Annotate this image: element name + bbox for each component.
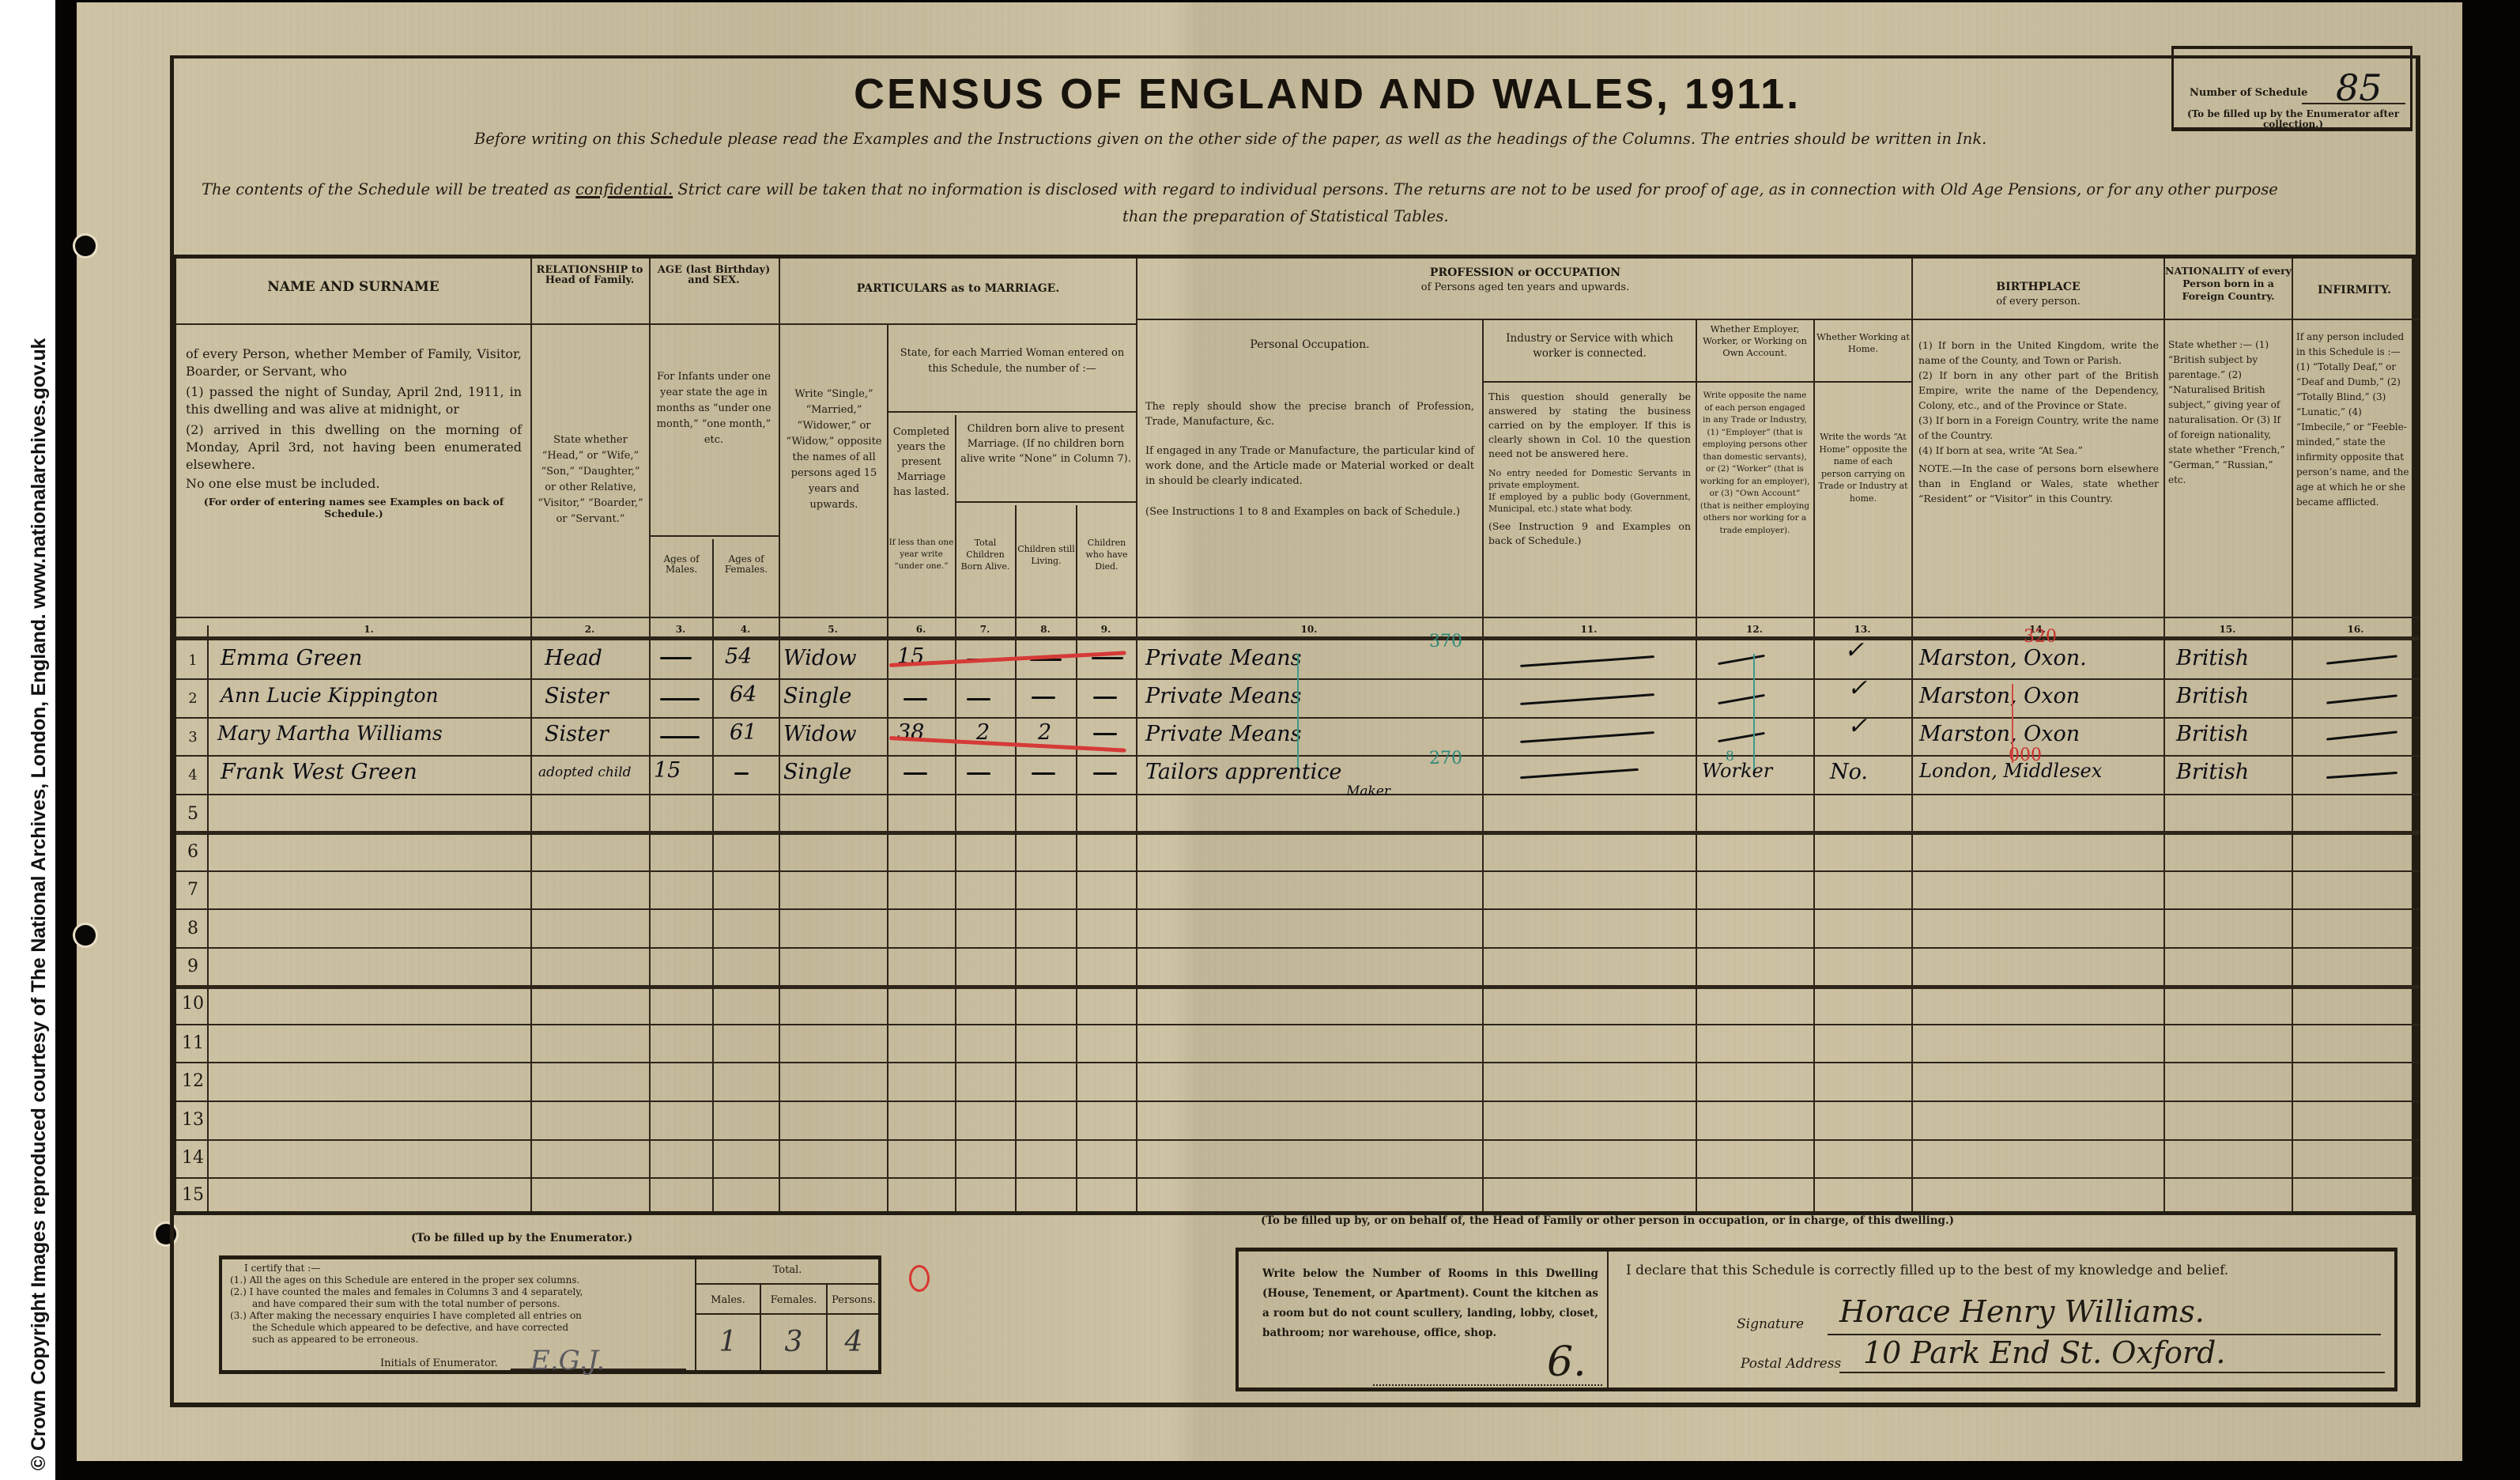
header-marriage-state: State, for each Married Woman entered on… [892,345,1133,377]
row-number: 6 [176,842,209,862]
header-children-living: Children still Living. [1017,543,1076,567]
header-birthplace-body: (1) If born in the United Kingdom, write… [1918,338,2159,506]
rooms-line [1373,1384,1602,1386]
header-relationship: RELATIONSHIP to Head of Family. [532,265,647,285]
industry-body-4: (See Instruction 9 and Examples on back … [1488,519,1691,548]
header-age-body: For Infants under one year state the age… [651,369,777,448]
colnum-2: 2. [530,624,649,635]
col-line [2292,259,2293,1211]
entry-employer: Worker [1702,760,1772,782]
row-number: 4 [176,767,209,783]
entry-occupation-code: 370 [1429,632,1462,651]
header-birthplace: BIRTHPLACE [1913,282,2164,293]
entry-marital: Single [783,684,851,708]
entry-dash [967,772,990,775]
entry-dash [660,698,700,700]
entry-occupation: Private Means [1145,646,1301,670]
entry-nationality: British [2176,684,2249,708]
green-annotation-line [1297,654,1299,772]
entry-at-home-tick: ✓ [1847,712,1867,740]
entry-dash [1093,772,1117,775]
row-number: 8 [176,919,209,938]
punch-hole [75,925,96,946]
entry-birthplace-code: 320 [2024,627,2057,647]
col-line [530,259,532,1211]
entry-at-home-tick: ✓ [1844,636,1864,664]
row-divider [176,870,2420,872]
entry-infirmity-dash [2326,772,2397,779]
header-name: NAME AND SURNAME [176,281,530,294]
colnum-1: 1. [207,624,530,635]
green-annotation-line [1753,654,1755,772]
intro-instructions: Before writing on this Schedule please r… [474,130,1986,148]
entry-dash [660,657,692,659]
schedule-number-value: 85 [2336,66,2382,109]
birthplace-rule-2: (2) If born in any other part of the Bri… [1918,368,2159,413]
colnum-7: 7. [955,624,1015,635]
row-number: 1 [176,652,209,669]
totals-header: Total. [696,1264,878,1276]
row-number: 3 [176,729,209,746]
totals-females: 3 [761,1326,826,1358]
entry-birthplace: Marston, Oxon [1919,684,2080,708]
intro-statistical: than the preparation of Statistical Tabl… [1122,207,1449,225]
confidential-text-a: The contents of the Schedule will be tre… [202,180,575,198]
row-number: 13 [176,1110,209,1130]
entry-birthplace: Marston, Oxon [1919,722,2080,746]
row-number: 2 [176,690,209,707]
header-age-females: Ages of Females. [714,554,779,575]
col-line [2164,259,2165,1211]
rooms-instructions: Write below the Number of Rooms in this … [1262,1264,1598,1343]
rooms-section: Write below the Number of Rooms in this … [1239,1252,1609,1387]
row-divider [176,1177,2420,1179]
col-line [1015,505,1017,1211]
birthplace-rule-4: (4) If born at sea, write “At Sea.” [1918,443,2159,458]
header-name-body: of every Person, whether Member of Famil… [186,345,522,519]
red-strike-mark [889,651,1126,667]
header-personal-body: The reply should show the precise branch… [1145,399,1474,519]
entry-age-male: 15 [654,758,681,783]
totals-males-label: Males. [696,1294,760,1306]
col-line [1136,259,1137,1211]
entry-dash [1032,697,1055,699]
header-industry-body: This question should generally be answer… [1488,390,1691,548]
header-at-home-body: Write the words “At Home” opposite the n… [1817,431,1909,504]
header-marriage-write: Write “Single,” “Married,” “Widower,” or… [783,387,885,513]
name-body-2: (2) arrived in this dwelling on the morn… [186,421,522,474]
row-number: 15 [176,1185,209,1205]
header-infirmity: INFIRMITY. [2293,285,2416,296]
totals-persons: 4 [828,1326,880,1358]
entry-name: Emma Green [221,646,362,670]
entry-employer-dash [1718,732,1765,742]
head-declaration-box: Write below the Number of Rooms in this … [1235,1248,2397,1391]
confidential-word: confidential. [575,180,673,198]
entry-birthplace: Marston, Oxon. [1919,646,2087,670]
entry-nationality: British [2176,760,2249,784]
entry-nationality: British [2176,646,2249,670]
row-divider [176,1139,2420,1141]
header-personal-occupation: Personal Occupation. [1137,340,1482,350]
header-marriage-completed: Completed years the present Marriage has… [888,425,955,500]
row-number: 12 [176,1071,209,1091]
entry-dash [734,772,749,775]
row-divider [176,831,2420,835]
entry-name: Frank West Green [221,760,417,784]
entry-children-living: 2 [1038,720,1051,745]
totals-females-label: Females. [761,1294,826,1306]
entry-marital: Single [783,760,851,784]
row-divider [176,985,2420,989]
entry-age-female: 61 [730,720,756,745]
enumerator-certificate-box: I certify that :— (1.) All the ages on t… [219,1255,881,1374]
entry-relationship: Sister [545,684,609,708]
colnum-11: 11. [1482,624,1696,635]
intro-confidential: The contents of the Schedule will be tre… [202,180,2278,198]
colnum-16: 16. [2292,624,2420,635]
entry-at-home-tick: ✓ [1847,674,1867,702]
enumerator-section-label: (To be filled up by the Enumerator.) [411,1232,632,1244]
signature-value: Horace Henry Williams. [1839,1294,2205,1329]
colnum-15: 15. [2164,624,2292,635]
punch-hole [75,236,96,256]
row-number: 11 [176,1033,209,1053]
declaration-text: I declare that this Schedule is correctl… [1626,1263,2228,1278]
totals-males: 1 [696,1326,760,1358]
entry-dash [904,772,927,775]
birthplace-rule-3: (3) If born in a Foreign Country, write … [1918,413,2159,443]
header-relationship-body: State whether “Head,” or “Wife,” “Son,” … [535,432,646,527]
schedule-number-label: Number of Schedule [2190,87,2307,99]
col-line [1482,319,1484,1211]
entry-infirmity-dash [2326,655,2397,664]
entry-name: Mary Martha Williams [217,722,443,745]
entry-dash [1032,772,1055,775]
header-divider [887,411,1136,413]
initials-value: E.G.J. [530,1345,605,1376]
row-number: 5 [176,804,209,824]
confidential-text-b: Strict care will be taken that no inform… [673,180,2278,198]
entry-industry-dash [1520,655,1654,667]
entry-occupation: Private Means [1145,722,1301,746]
red-strike-mark [889,736,1126,753]
col-line [1813,319,1815,1211]
entry-marital: Widow [783,722,857,746]
entry-dash [1093,697,1117,699]
entry-relationship: Head [545,646,602,670]
totals-persons-label: Persons. [828,1294,880,1306]
entry-employer-code: 8 [1726,749,1734,765]
industry-body-2: No entry needed for Domestic Servants in… [1488,467,1691,491]
head-section-label: (To be filled up by, or on behalf of, th… [1261,1214,1954,1227]
form-title: CENSUS OF ENGLAND AND WALES, 1911. [854,70,1801,119]
name-body-4: (For order of entering names see Example… [186,496,522,519]
household-table: NAME AND SURNAME of every Person, whethe… [172,255,2416,1215]
row-divider [176,794,2420,795]
entry-employer-dash [1718,694,1765,704]
row-divider [176,1062,2420,1063]
name-body-intro: of every Person, whether Member of Famil… [186,345,522,380]
header-children-total: Total Children Born Alive. [956,537,1015,572]
address-label: Postal Address [1741,1356,1841,1372]
header-age-males: Ages of Males. [651,554,712,575]
row-number: 9 [176,957,209,976]
row-divider [176,947,2420,949]
copyright-text: © Crown Copyright Images reproduced cour… [28,338,51,1471]
row-number: 7 [176,880,209,900]
entry-occupation-note: Maker [1346,783,1390,799]
entry-at-home: No. [1830,760,1868,784]
header-occupation: PROFESSION or OCCUPATION [1137,268,1913,278]
header-age: AGE (last Birthday) and SEX. [651,265,777,285]
entry-occupation: Tailors apprentice [1145,760,1341,784]
header-marriage-children: Children born alive to present Marriage.… [957,421,1134,466]
name-body-3: No one else must be included. [186,475,522,493]
birthplace-note: NOTE.—In the case of persons born elsewh… [1918,461,2159,506]
entry-birthplace-code: 000 [2009,746,2042,765]
red-circle-mark [909,1265,930,1292]
entry-dash [1093,733,1117,735]
col-line [1076,505,1077,1211]
cert-2b: and have compared their sum with the tot… [230,1298,692,1310]
entry-dash [904,698,927,700]
header-nationality-body: State whether :— (1) “British subject by… [2168,338,2288,488]
entry-dash [660,736,700,738]
colnum-5: 5. [779,624,887,635]
name-body-1: (1) passed the night of Sunday, April 2n… [186,383,522,418]
header-nationality: NATIONALITY of every Person born in a Fo… [2165,265,2292,303]
row-divider [176,1101,2420,1102]
entry-marital: Widow [783,646,857,670]
header-divider [176,323,1136,325]
header-divider [1136,319,2420,320]
header-infirmity-body: If any person included in this Schedule … [2296,330,2413,510]
enumerator-certification: I certify that :— (1.) All the ages on t… [230,1263,692,1346]
cert-1: (1.) All the ages on this Schedule are e… [230,1274,692,1286]
entry-infirmity-dash [2326,694,2397,704]
entry-employer-dash [1718,655,1765,665]
entry-industry-dash [1520,768,1639,779]
colnum-3: 3. [649,624,712,635]
address-value: 10 Park End St. Oxford. [1863,1335,2225,1370]
personal-body-1: The reply should show the precise branch… [1145,399,1474,429]
entry-dash [967,698,990,700]
colnum-13: 13. [1813,624,1911,635]
entry-relationship: Sister [545,722,609,746]
initials-label: Initials of Enumerator. [380,1357,498,1369]
industry-body-3: If employed by a public body (Government… [1488,491,1691,515]
entry-industry-dash [1520,693,1654,705]
rooms-value: 6. [1547,1338,1586,1386]
totals-table: Total. Males. Females. Persons. 1 3 4 [695,1259,878,1370]
entry-age-female: 64 [730,682,756,707]
personal-body-3: (See Instructions 1 to 8 and Examples on… [1145,504,1474,519]
header-divider [649,535,779,537]
header-divider [955,501,1136,503]
header-children-died: Children who have Died. [1077,537,1136,572]
entry-infirmity-dash [2326,731,2397,740]
header-employer: Whether Employer, Worker, or Working on … [1698,323,1812,359]
header-occupation-subtitle: of Persons aged ten years and upwards. [1137,282,1913,293]
entry-relationship: adopted child [538,765,632,780]
cert-2: (2.) I have counted the males and female… [230,1286,692,1298]
col-line [1696,319,1697,1211]
entry-dash [1092,657,1123,659]
cert-3c: such as appeared to be erroneous. [230,1334,692,1346]
header-bottom [176,617,2420,618]
birthplace-rule-1: (1) If born in the United Kingdom, write… [1918,338,2159,368]
header-birthplace-subtitle: of every person. [1913,296,2164,307]
schedule-number-box: Number of Schedule 85 (To be filled up b… [2171,46,2412,131]
signature-label: Signature [1737,1316,1804,1332]
header-at-home: Whether Working at Home. [1816,331,1911,355]
cert-intro: I certify that :— [230,1263,692,1274]
entry-nationality: British [2176,722,2249,746]
entry-industry-dash [1520,731,1654,743]
colnum-6: 6. [887,624,955,635]
cert-3b: the Schedule which appeared to be defect… [230,1322,692,1334]
entry-occupation: Private Means [1145,684,1301,708]
cert-3: (3.) After making the necessary enquirie… [230,1310,692,1322]
col-line [955,415,956,1211]
row-divider [176,1024,2420,1025]
row-divider [176,908,2420,910]
schedule-number-note: (To be filled up by the Enumerator after… [2179,109,2408,130]
colnum-12: 12. [1696,624,1813,635]
header-divider [1482,381,1911,383]
header-industry: Industry or Service with which worker is… [1485,331,1694,361]
row-number: 10 [176,994,209,1014]
row-number: 14 [176,1148,209,1168]
col-line [779,259,780,1211]
header-marriage: PARTICULARS as to MARRIAGE. [780,284,1136,294]
entry-name: Ann Lucie Kippington [221,684,439,707]
entry-age-female: 54 [725,644,752,669]
entry-occupation-code: 270 [1429,749,1462,768]
header-marriage-completed-note: If less than one year write “under one.” [888,537,955,572]
totals-divider [696,1283,878,1285]
copyright-strip: © Crown Copyright Images reproduced cour… [0,0,55,1480]
personal-body-2: If engaged in any Trade or Manufacture, … [1145,444,1474,489]
rows-top [176,636,2420,640]
col-line [1911,259,1913,1211]
colnum-9: 9. [1076,624,1136,635]
colnum-8: 8. [1015,624,1076,635]
colnum-4: 4. [712,624,779,635]
address-line [1839,1372,2385,1373]
totals-divider [696,1313,878,1315]
industry-body-1: This question should generally be answer… [1488,390,1691,461]
header-employer-body: Write opposite the name of each person e… [1699,390,1810,537]
